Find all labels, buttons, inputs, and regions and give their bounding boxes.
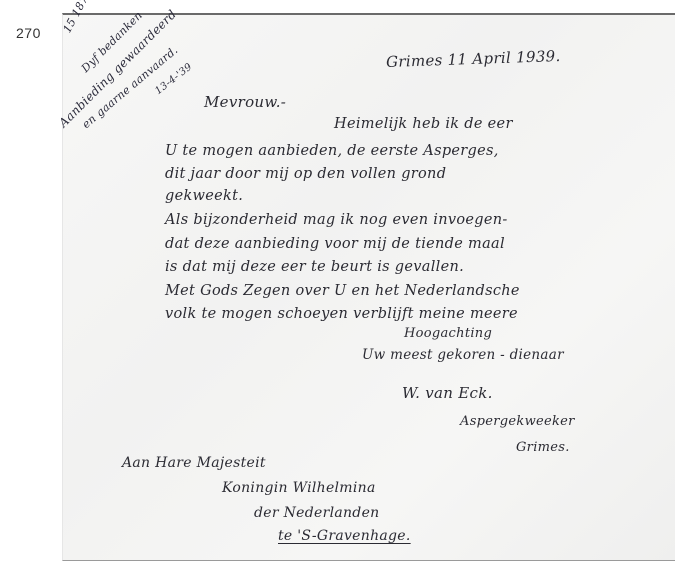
- signer-place: Grimes.: [516, 440, 570, 455]
- letter-closing: Hoogachting: [404, 326, 492, 341]
- letter-body-line: dit jaar door mij op den vollen grond: [165, 166, 446, 182]
- letter-salutation: Mevrouw.-: [204, 93, 286, 111]
- address-line: der Nederlanden: [254, 505, 379, 521]
- address-line: Aan Hare Majesteit: [122, 455, 266, 471]
- letter-closing: Uw meest gekoren - dienaar: [362, 347, 564, 363]
- letter-body-line: Heimelijk heb ik de eer: [334, 116, 513, 132]
- letter-body-line: dat deze aanbieding voor mij de tiende m…: [165, 236, 505, 252]
- address-line: Koningin Wilhelmina: [222, 480, 376, 496]
- letter-body-line: Met Gods Zegen over U en het Nederlandsc…: [165, 283, 520, 299]
- letter-body-line: is dat mij deze eer te beurt is gevallen…: [165, 259, 464, 275]
- letter-body-line: Als bijzonderheid mag ik nog even invoeg…: [165, 212, 508, 228]
- page-number: 270: [16, 25, 41, 41]
- letter-body-line: gekweekt.: [165, 188, 243, 204]
- letter-body-line: U te mogen aanbieden, de eerste Asperges…: [165, 143, 499, 159]
- signer-profession: Aspergekweeker: [460, 414, 575, 429]
- address-line: te 'S-Gravenhage.: [278, 528, 411, 544]
- letter-body-line: volk te mogen schoeyen verblijft meine m…: [165, 306, 518, 322]
- letter-signature: W. van Eck.: [402, 384, 493, 402]
